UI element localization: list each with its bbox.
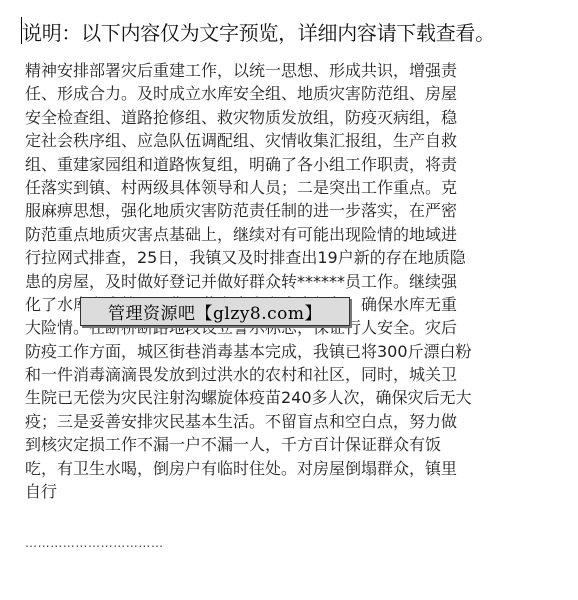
document-line: 精神安排部署灾后重建工作，以统一思想、形成共识，增强责 (25, 59, 555, 82)
document-line: 患的房屋，及时做好登记并做好群众转******员工作。继续强 (25, 270, 555, 293)
document-line: 组、重建家园组和道路恢复组，明确了各小组工作职责，将责 (25, 153, 555, 176)
document-line: 吃，有卫生水喝，倒房户有临时住处。对房屋倒塌群众，镇里 (25, 457, 555, 480)
preview-notice: 说明：以下内容仅为文字预览，详细内容请下载查看。 (22, 16, 495, 46)
document-line: 任落实到镇、村两级具体领导和人员；二是突出工作重点。克 (25, 176, 555, 199)
document-line: 任、形成合力。及时成立水库安全组、地质灾害防范组、房屋 (25, 82, 555, 105)
document-line: 到核灾定损工作不漏一户不漏一人，千方百计保证群众有饭 (25, 433, 555, 456)
document-line: 和一件消毒滴滴畏发放到过洪水的农村和社区，同时，城关卫 (25, 363, 555, 386)
document-body: 精神安排部署灾后重建工作，以统一思想、形成共识，增强责 任、形成合力。及时成立水… (25, 59, 555, 503)
document-line: 安全检查组、道路抢修组、救灾物质发放组，防疫灭病组，稳 (25, 106, 555, 129)
document-line: 定社会秩序组、应急队伍调配组、灾情收集汇报组，生产自救 (25, 129, 555, 152)
watermark-banner: 管理资源吧【glzy8.com】 (80, 297, 350, 326)
document-line: 疫；三是妥善安排灾民基本生活。不留盲点和空白点，努力做 (25, 410, 555, 433)
document-line: 行拉网式排查，25日，我镇又及时排查出19户新的存在地质隐 (25, 246, 555, 269)
document-line: 防疫工作方面，城区街巷消毒基本完成，我镇已将300斤漂白粉 (25, 340, 555, 363)
document-line: 生院已无偿为灾民注射沟螺旋体疫苗240多人次，确保灾后无大 (25, 386, 555, 409)
document-line: 自行 (25, 480, 555, 503)
document-line: 服麻痹思想，强化地质灾害防范责任制的进一步落实，在严密 (25, 199, 555, 222)
document-line: 防范重点地质灾害点基础上，继续对有可能出现险情的地域进 (25, 223, 555, 246)
truncation-ellipsis: …………………………… (25, 536, 164, 550)
